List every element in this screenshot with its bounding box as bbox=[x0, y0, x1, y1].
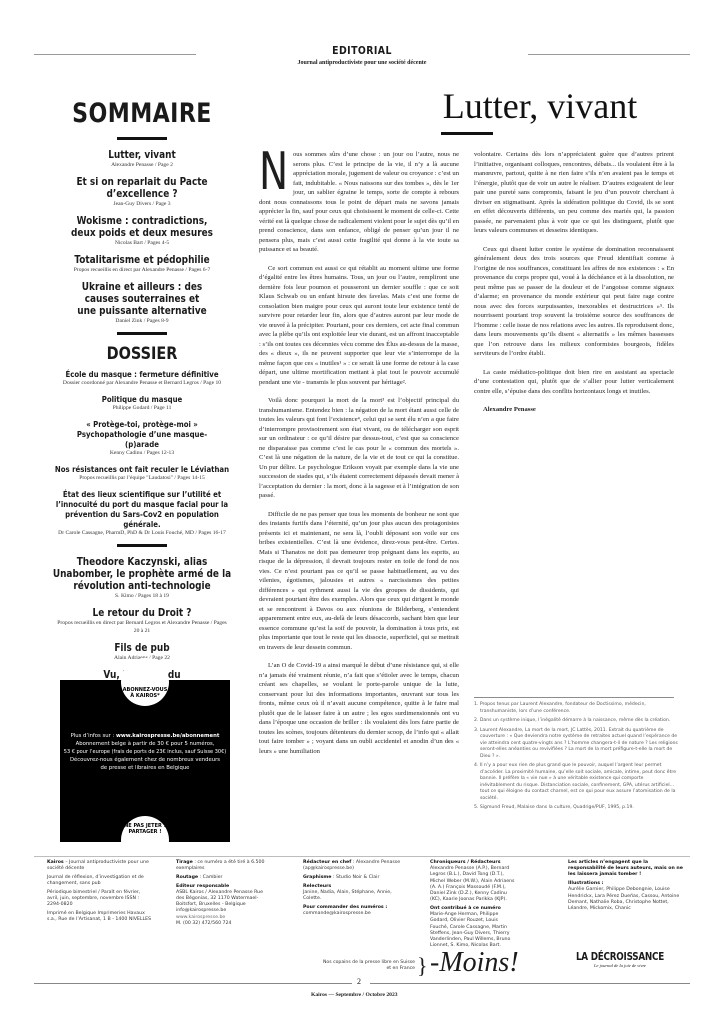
section-title: EDITORIAL bbox=[83, 44, 641, 57]
subscribe-line: de presse et libraires en Belgique bbox=[62, 764, 228, 772]
toc-item-meta: Jean-Guy Divers / Page 3 bbox=[34, 200, 250, 208]
article-column-right: volontaire. Certains dès lors n’apprécia… bbox=[474, 150, 674, 424]
colophon-illustrations: Les articles n’engagent que la responsab… bbox=[568, 860, 684, 912]
divider bbox=[117, 544, 167, 547]
toc-item-title: Lutter, vivant bbox=[50, 149, 234, 161]
title-divider bbox=[441, 132, 493, 135]
tirage-label: Tirage bbox=[176, 860, 193, 865]
colophon-divider bbox=[34, 856, 690, 857]
footnote: 1. Propos tenus par Laurent Alexandre, f… bbox=[474, 702, 679, 715]
tagline: Journal antiproductiviste pour une socié… bbox=[34, 60, 690, 66]
toc-item[interactable]: Ukraine et ailleurs : des causes souterr… bbox=[34, 281, 250, 325]
toc-item[interactable]: Et si on reparlait du Pacte d’excellence… bbox=[34, 176, 250, 208]
phone: M. (00 32) 472/560 724 bbox=[176, 921, 266, 927]
subscribe-link[interactable]: www.kairospresse.be/abonnement bbox=[116, 733, 219, 739]
footnote: 3. Laurent Alexandre, La mort de la mort… bbox=[474, 728, 679, 761]
brace-icon: } bbox=[417, 955, 428, 977]
subscribe-box: ABONNEZ-VOUS À KAIROS* Plus d’infos sur … bbox=[60, 680, 230, 842]
article-paragraph: volontaire. Certains dès lors n’apprécia… bbox=[474, 150, 674, 236]
dropcap: N bbox=[259, 152, 280, 192]
decroissance-logo[interactable]: LA DÉCROISSANCE Le journal de la joie de… bbox=[560, 950, 680, 968]
toc-item[interactable]: Politique du masque Philippe Godard / Pa… bbox=[34, 394, 250, 412]
article-paragraph: Nous sommes sûrs d’une chose : un jour o… bbox=[259, 150, 459, 255]
toc-item-meta: Propos recueillis en direct par Alexandr… bbox=[34, 266, 250, 274]
article-paragraph: La caste médiatico-politique doit bien r… bbox=[474, 368, 674, 397]
toc-item[interactable]: Theodore Kaczynski, alias Unabomber, le … bbox=[34, 556, 250, 600]
toc-item-meta: Kenny Cadinu / Pages 12-13 bbox=[64, 449, 220, 457]
footnotes: 1. Propos tenus par Laurent Alexandre, f… bbox=[474, 702, 679, 815]
routage-value: : Cambier bbox=[198, 875, 222, 880]
columnists-label: Chroniqueurs / Rédacteurs bbox=[430, 860, 500, 865]
article-paragraph: Ce sort commun est aussi ce qui rétablit… bbox=[259, 264, 459, 388]
toc-title: SOMMAIRE bbox=[53, 98, 230, 130]
toc-item-meta: Philippe Godard / Page 11 bbox=[34, 404, 250, 412]
printer: Imprimé en Belgique Imprimeries Havaux s… bbox=[47, 911, 152, 923]
journal-desc: Journal de réflexion, d’investigation et… bbox=[47, 875, 152, 887]
order-label: Pour commander des numéros : bbox=[303, 905, 387, 910]
proofreaders: Janine, Nadia, Alain, Stéphane, Annie, C… bbox=[303, 890, 408, 902]
footer-rule-left bbox=[34, 983, 352, 984]
paragraph-text: ous sommes sûrs d’une chose : un jour ou… bbox=[259, 151, 459, 253]
article-paragraph: L’an O de Covid-19 a ainsi marqué le déb… bbox=[259, 661, 459, 756]
footnotes-divider bbox=[474, 697, 674, 698]
proofreaders-label: Relecteurs bbox=[303, 884, 331, 889]
dossier-title: DOSSIER bbox=[50, 344, 234, 364]
colophon-writers: Chroniqueurs / Rédacteurs Alexandre Pena… bbox=[430, 860, 516, 949]
graphics-label: Graphisme bbox=[303, 875, 331, 880]
routage-label: Routage bbox=[176, 875, 198, 880]
article-paragraph: Voilà donc pourquoi la mort de la mort³ … bbox=[259, 396, 459, 501]
issue-info: Kairos — Septembre / Octobre 2023 bbox=[311, 992, 398, 998]
page-number: 2 bbox=[357, 977, 361, 986]
contributors-label: Ont contribué à ce numéro bbox=[430, 906, 501, 911]
periodicity: Périodique bimestriel / Paraît en févrie… bbox=[47, 890, 152, 909]
toc-item-meta: Propos recueillis par l’équipe "Laudatos… bbox=[34, 474, 250, 482]
toc-item[interactable]: École du masque : fermeture définitive D… bbox=[34, 369, 250, 387]
toc-item-meta: Alexandre Penasse / Page 2 bbox=[34, 161, 250, 169]
toc-item-title: Totalitarisme et pédophilie bbox=[50, 254, 234, 266]
illustrators: Aurélie Garnier, Philippe Debongnie, Lou… bbox=[568, 887, 684, 912]
toc-item[interactable]: Lutter, vivant Alexandre Penasse / Page … bbox=[34, 149, 250, 169]
divider bbox=[117, 332, 167, 335]
table-of-contents: SOMMAIRE Lutter, vivant Alexandre Penass… bbox=[34, 98, 250, 747]
disclaimer: Les articles n’engagent que la responsab… bbox=[568, 860, 683, 877]
subscribe-line: Découvrez-nous également chez de nombreu… bbox=[62, 756, 228, 764]
toc-item-title: Theodore Kaczynski, alias Unabomber, le … bbox=[50, 556, 234, 592]
colophon-edition: Tirage : ce numéro a été tiré à 6.500 ex… bbox=[176, 860, 266, 927]
toc-item-title: Wokisme : contradictions, deux poids et … bbox=[67, 215, 217, 239]
toc-item[interactable]: État des lieux scientifique sur l’utilit… bbox=[34, 489, 250, 537]
toc-item-meta: S. Kimo / Pages 18 à 19 bbox=[34, 592, 250, 600]
article-title: Lutter, vivant bbox=[380, 86, 700, 126]
subscribe-text: Plus d’infos sur : www.kairospresse.be/a… bbox=[62, 732, 228, 772]
article-column-left: Nous sommes sûrs d’une chose : un jour o… bbox=[259, 150, 459, 765]
contributors: Marie-Ange Herman, Philippe Godard, Oliv… bbox=[430, 912, 516, 949]
toc-item[interactable]: Wokisme : contradictions, deux poids et … bbox=[34, 215, 250, 247]
subscribe-badge: ABONNEZ-VOUS À KAIROS* bbox=[121, 658, 169, 706]
footnote: 5. Sigmund Freud, Malaise dans la cultur… bbox=[474, 805, 679, 812]
colophon-publication: Kairos – Journal antiproductiviste pour … bbox=[47, 860, 152, 926]
subscribe-line: 53 € pour l’europe (frais de ports de 23… bbox=[62, 748, 228, 756]
toc-item-meta: Nicolas Bart / Pages 4-5 bbox=[54, 239, 230, 247]
toc-item-title: « Protège-toi, protège-moi » Psychopatho… bbox=[76, 419, 209, 449]
divider bbox=[117, 137, 167, 140]
toc-item-meta: Dr Carole Cassagne, PharmD, PhD & Dr Lou… bbox=[34, 529, 250, 537]
illustrators-label: Illustrations : bbox=[568, 881, 604, 886]
order-email[interactable]: commande@kairospresse.be bbox=[303, 911, 408, 917]
author-signature: Alexandre Penasse bbox=[474, 405, 674, 415]
colophon-staff: Rédacteur en chef : Alexandre Penasse (a… bbox=[303, 860, 408, 917]
editor-label: Editeur responsable bbox=[176, 884, 229, 889]
footnote: 4. Il n’y a pour eux rien de plus grand … bbox=[474, 763, 679, 802]
kairos-label: Kairos bbox=[47, 860, 64, 865]
decroissance-subtitle: Le journal de la joie de vivre bbox=[560, 963, 680, 968]
columnists: Alexandre Penasse (A.P.), Bernard Legros… bbox=[430, 866, 516, 903]
article-paragraph: Ceux qui disent lutter contre le système… bbox=[474, 245, 674, 359]
editor-in-chief-label: Rédacteur en chef bbox=[303, 860, 351, 865]
toc-item-title: École du masque : fermeture définitive bbox=[50, 369, 234, 379]
toc-item[interactable]: Totalitarisme et pédophilie Propos recue… bbox=[34, 254, 250, 274]
graphics-value: : Studio Noir & Clair bbox=[331, 875, 379, 880]
toc-item[interactable]: « Protège-toi, protège-moi » Psychopatho… bbox=[34, 419, 250, 457]
toc-item-title: Fils de pub bbox=[50, 642, 234, 654]
moins-logo[interactable]: -Moins! bbox=[430, 948, 519, 978]
decroissance-title: LA DÉCROISSANCE bbox=[572, 950, 668, 963]
toc-item-meta: Propos recueillis en direct par Bernard … bbox=[34, 619, 250, 635]
toc-item-title: Ukraine et ailleurs : des causes souterr… bbox=[74, 281, 210, 317]
editor-address: ASBL Kairos / Alexandre Penasse Rue des … bbox=[176, 890, 266, 915]
toc-item-meta: Daniel Zink / Pages 8-9 bbox=[62, 317, 222, 325]
footnote: 2. Dans un système inique, l’inégalité d… bbox=[474, 718, 679, 725]
footer-rule-right bbox=[370, 983, 690, 984]
article-paragraph: Difficile de ne pas penser que tous les … bbox=[259, 510, 459, 653]
toc-item-title: Le retour du Droit ? bbox=[50, 607, 234, 619]
toc-item-title: Et si on reparlait du Pacte d’excellence… bbox=[50, 176, 234, 200]
toc-item-meta: Dossier coordonné par Alexandre Penasse … bbox=[34, 379, 250, 387]
toc-item-title: État des lieux scientifique sur l’utilit… bbox=[50, 489, 234, 529]
page-header: EDITORIAL Journal antiproductiviste pour… bbox=[34, 44, 690, 80]
toc-item[interactable]: Le retour du Droit ? Propos recueillis e… bbox=[34, 607, 250, 635]
toc-item-title: Politique du masque bbox=[50, 394, 234, 404]
partners-label: Nos copains de la presse libre en Suisse… bbox=[320, 960, 415, 972]
toc-item-title: Nos résistances ont fait reculer le Lévi… bbox=[50, 464, 234, 474]
toc-item[interactable]: Nos résistances ont fait reculer le Lévi… bbox=[34, 464, 250, 482]
subscribe-info-label: Plus d’infos sur : bbox=[71, 733, 116, 739]
subscribe-line: Abonnement belge à partir de 30 € pour 5… bbox=[62, 740, 228, 748]
